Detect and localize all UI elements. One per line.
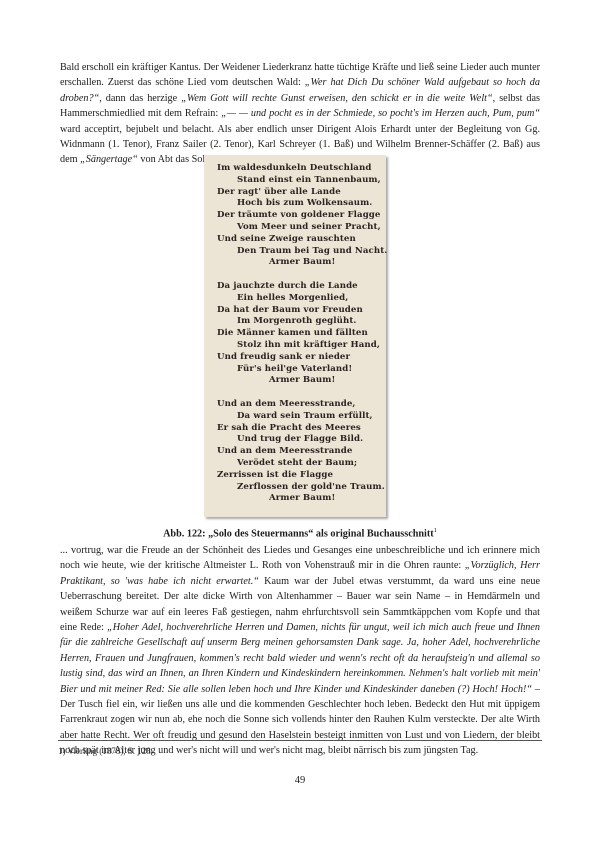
poem-line: Da ward sein Traum erfüllt, [217, 411, 382, 423]
body-paragraph-1: Bald erscholl ein kräftiger Kantus. Der … [60, 60, 540, 168]
poem-line: Für's heil'ge Vaterland! [217, 364, 382, 376]
poem-line: Der ragt' über alle Lande [217, 187, 382, 199]
text-segment: , dann das herzige [99, 93, 181, 104]
poem-line: Und trug der Flagge Bild. [217, 434, 382, 446]
poem-line: Da hat der Baum vor Freuden [217, 305, 382, 317]
footnote-divider [58, 740, 542, 741]
poem-line: Armer Baum! [217, 257, 382, 269]
poem-line: Da jauchzte durch die Lande [217, 281, 382, 293]
poem-line: Und an dem Meeresstrande, [217, 399, 382, 411]
poem-line: Armer Baum! [217, 375, 382, 387]
poem-line: Und freudig sank er nieder [217, 352, 382, 364]
poem-line: Die Männer kamen und fällten [217, 328, 382, 340]
caption-text: Abb. 122: „Solo des Steuermanns“ als ori… [163, 528, 434, 539]
poem-line: Stolz ihn mit kräftiger Hand, [217, 340, 382, 352]
page-number: 49 [0, 775, 600, 786]
poem-stanza: Da jauchzte durch die LandeEin helles Mo… [217, 281, 382, 387]
quoted-text: „— — und pocht es in der Schmiede, so po… [221, 108, 540, 119]
figure-caption: Abb. 122: „Solo des Steuermanns“ als ori… [60, 527, 540, 539]
poem-line: Armer Baum! [217, 493, 382, 505]
poem-stanza: Im waldesdunkeln DeutschlandStand einst … [217, 163, 382, 269]
poem-line: Zerrissen ist die Flagge [217, 470, 382, 482]
poem-line: Stand einst ein Tannenbaum, [217, 175, 382, 187]
poem-line: Vom Meer und seiner Pracht, [217, 222, 382, 234]
poem-line: Zerflossen der gold'ne Traum. [217, 482, 382, 494]
footnote: 1) Vierling (1878), S. 128. [58, 746, 153, 756]
footnote-marker: 1 [434, 527, 437, 534]
poem-line: Im waldesdunkeln Deutschland [217, 163, 382, 175]
poem-line: Den Traum bei Tag und Nacht. [217, 246, 382, 258]
poem-line: Er sah die Pracht des Meeres [217, 423, 382, 435]
poem-line: Im Morgenroth geglüht. [217, 316, 382, 328]
poem-line: Ein helles Morgenlied, [217, 293, 382, 305]
figure-image-book-excerpt: Im waldesdunkeln DeutschlandStand einst … [204, 155, 386, 517]
poem-text: Im waldesdunkeln DeutschlandStand einst … [217, 163, 382, 517]
poem-line: Und seine Zweige rauschten [217, 234, 382, 246]
poem-stanza: Und an dem Meeresstrande,Da ward sein Tr… [217, 399, 382, 505]
poem-line: Verödet steht der Baum; [217, 458, 382, 470]
body-paragraph-2: ... vortrug, war die Freude an der Schön… [60, 543, 540, 759]
quoted-text: „Hoher Adel, hochverehrliche Herren und … [60, 622, 540, 695]
poem-line: Hoch bis zum Wolkensaum. [217, 198, 382, 210]
poem-line: Und an dem Meeresstrande [217, 446, 382, 458]
quoted-text: „Sängertage“ [80, 154, 138, 165]
quoted-text: „Wem Gott will rechte Gunst erweisen, de… [181, 93, 492, 104]
poem-line: Der träumte von goldener Flagge [217, 210, 382, 222]
